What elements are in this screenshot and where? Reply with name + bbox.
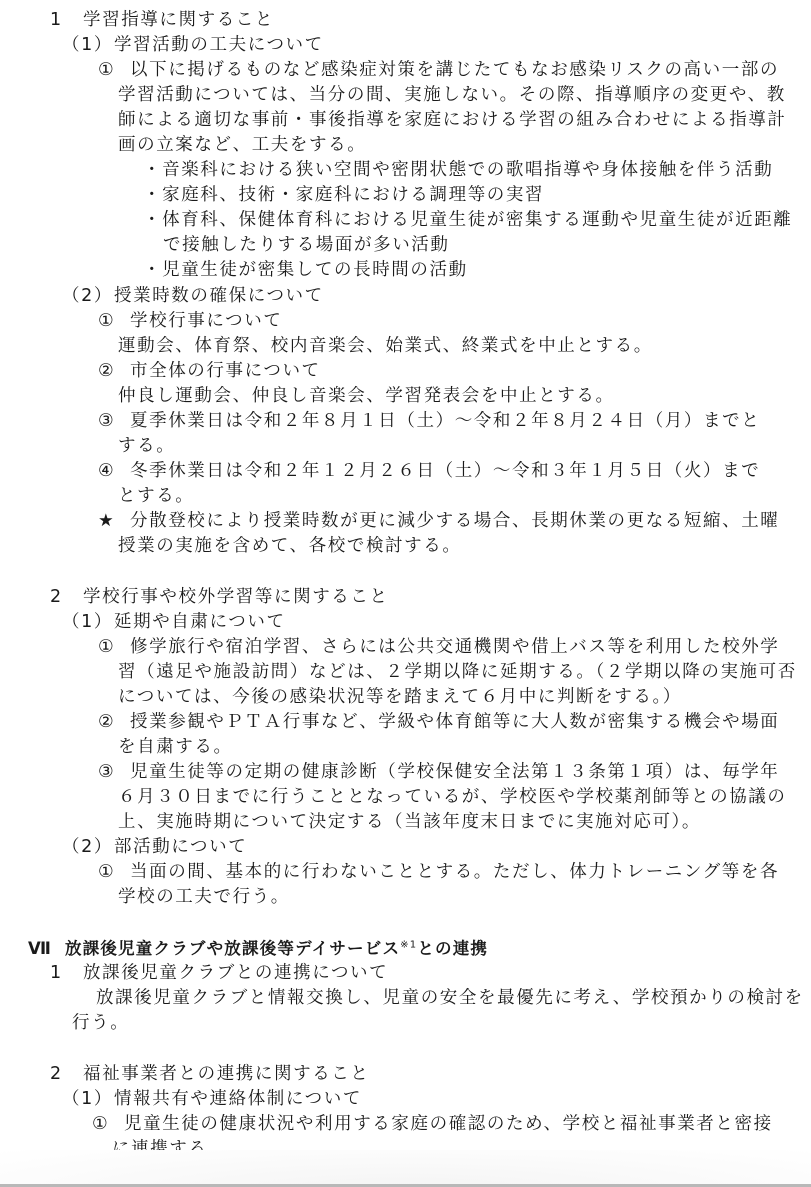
section-title: 放課後児童クラブとの連携について	[83, 961, 388, 986]
item-text: する。	[118, 434, 175, 459]
chapter-numeral: Ⅶ	[28, 936, 52, 961]
item-title: 夏季休業日は令和２年８月１日（土）～令和２年８月２４日（月）までと	[130, 409, 760, 434]
paragraph-text-continued: 行う。	[72, 1011, 129, 1036]
item-marker: ①	[98, 860, 115, 885]
footnote-mark: ※1	[400, 940, 417, 951]
subsection-title: 延期や自粛について	[114, 610, 286, 635]
item-text-continued: を自粛する。	[118, 735, 233, 760]
item-title: 市全体の行事について	[130, 359, 321, 384]
section-number: 1	[50, 961, 63, 986]
subsection-label: （2）	[62, 835, 113, 860]
item-marker: ①	[98, 58, 115, 83]
subsection-label: （1）	[62, 33, 113, 58]
bullet-item: ・音楽科における狭い空間や密閉状態での歌唱指導や身体接触を伴う活動	[143, 158, 773, 183]
chapter-title-before: 放課後児童クラブや放課後等デイサービス	[65, 939, 400, 958]
item-text-continued: 学習活動については、当分の間、実施しない。その際、指導順序の変更や、教	[118, 83, 786, 108]
item-marker: ③	[98, 760, 115, 785]
item-title: 分散登校により授業時数が更に減少する場合、長期休業の更なる短縮、土曜	[130, 509, 779, 534]
item-text-continued: ６月３０日までに行うこととなっているが、学校医や学校薬剤師等との協議の	[118, 785, 787, 810]
item-text-continued: 画の立案など、工夫をする。	[118, 133, 366, 158]
item-text-continued: 学校の工夫で行う。	[118, 885, 290, 910]
item-marker: ②	[98, 710, 115, 735]
document-page: 1 学習指導に関すること （1） 学習活動の工夫について ① 以下に掲げるものな…	[0, 0, 811, 1187]
section-number: 2	[50, 585, 63, 610]
item-text-continued: については、今後の感染状況等を踏まえて６月中に判断をする。）	[118, 685, 682, 710]
bullet-item: ・児童生徒が密集しての長時間の活動	[143, 258, 468, 283]
item-marker: ①	[98, 635, 115, 660]
paragraph-text: 放課後児童クラブと情報交換し、児童の安全を最優先に考え、学校預かりの検討を	[96, 986, 804, 1011]
subsection-title: 部活動について	[114, 835, 247, 860]
item-text: 運動会、体育祭、校内音楽会、始業式、終業式を中止とする。	[118, 334, 653, 359]
bullet-item: ・体育科、保健体育科における児童生徒が密集する運動や児童生徒が近距離	[143, 208, 792, 233]
item-marker: ④	[98, 459, 115, 484]
item-text: 児童生徒の健康状況や利用する家庭の確認のため、学校と福祉事業者と密接	[124, 1112, 773, 1137]
bullet-item-continued: で接触したりする場面が多い活動	[163, 233, 450, 258]
subsection-label: （2）	[62, 284, 113, 309]
item-text: 仲良し運動会、仲良し音楽会、学習発表会を中止とする。	[118, 384, 615, 409]
chapter-title: 放課後児童クラブや放課後等デイサービス※1との連携	[65, 936, 488, 961]
item-text-continued: 上、実施時期について決定する（当該年度末日までに実施対応可）。	[118, 810, 701, 835]
subsection-title: 情報共有や連絡体制について	[114, 1087, 362, 1112]
item-text: 授業参観やＰＴＡ行事など、学級や体育館等に大人数が密集する機会や場面	[130, 710, 779, 735]
subsection-title: 学習活動の工夫について	[114, 33, 324, 58]
item-title: 学校行事について	[130, 309, 282, 334]
chapter-title-after: との連携	[417, 939, 488, 958]
item-text-continued: 習（遠足や施設訪問）などは、２学期以降に延期する。（２学期以降の実施可否	[118, 660, 797, 685]
page-bottom-shadow	[0, 1150, 811, 1184]
item-text-continued: 師による適切な事前・事後指導を家庭における学習の組み合わせによる指導計	[118, 108, 787, 133]
item-text: 以下に掲げるものなど感染症対策を講じたてもなお感染リスクの高い一部の	[130, 58, 779, 83]
subsection-label: （1）	[62, 1087, 113, 1112]
item-text: 授業の実施を含めて、各校で検討する。	[118, 534, 461, 559]
item-text: 修学旅行や宿泊学習、さらには公共交通機関や借上バス等を利用した校外学	[130, 635, 779, 660]
star-icon: ★	[98, 509, 115, 534]
subsection-label: （1）	[62, 610, 113, 635]
section-title: 学校行事や校外学習等に関すること	[83, 585, 389, 610]
item-marker: ③	[98, 409, 115, 434]
subsection-title: 授業時数の確保について	[114, 284, 324, 309]
section-number: 1	[50, 8, 63, 33]
item-marker: ①	[98, 309, 115, 334]
item-text: 児童生徒等の定期の健康診断（学校保健安全法第１３条第１項）は、毎学年	[130, 760, 779, 785]
item-title: 冬季休業日は令和２年１２月２６日（土）～令和３年１月５日（火）まで	[130, 459, 760, 484]
section-title: 学習指導に関すること	[83, 8, 274, 33]
section-number: 2	[50, 1062, 63, 1087]
item-text: 当面の間、基本的に行わないこととする。ただし、体力トレーニング等を各	[130, 860, 779, 885]
item-text: とする。	[118, 484, 194, 509]
section-title: 福祉事業者との連携に関すること	[83, 1062, 370, 1087]
item-marker: ①	[92, 1112, 109, 1137]
bullet-item: ・家庭科、技術・家庭科における調理等の実習	[143, 183, 544, 208]
item-marker: ②	[98, 359, 115, 384]
